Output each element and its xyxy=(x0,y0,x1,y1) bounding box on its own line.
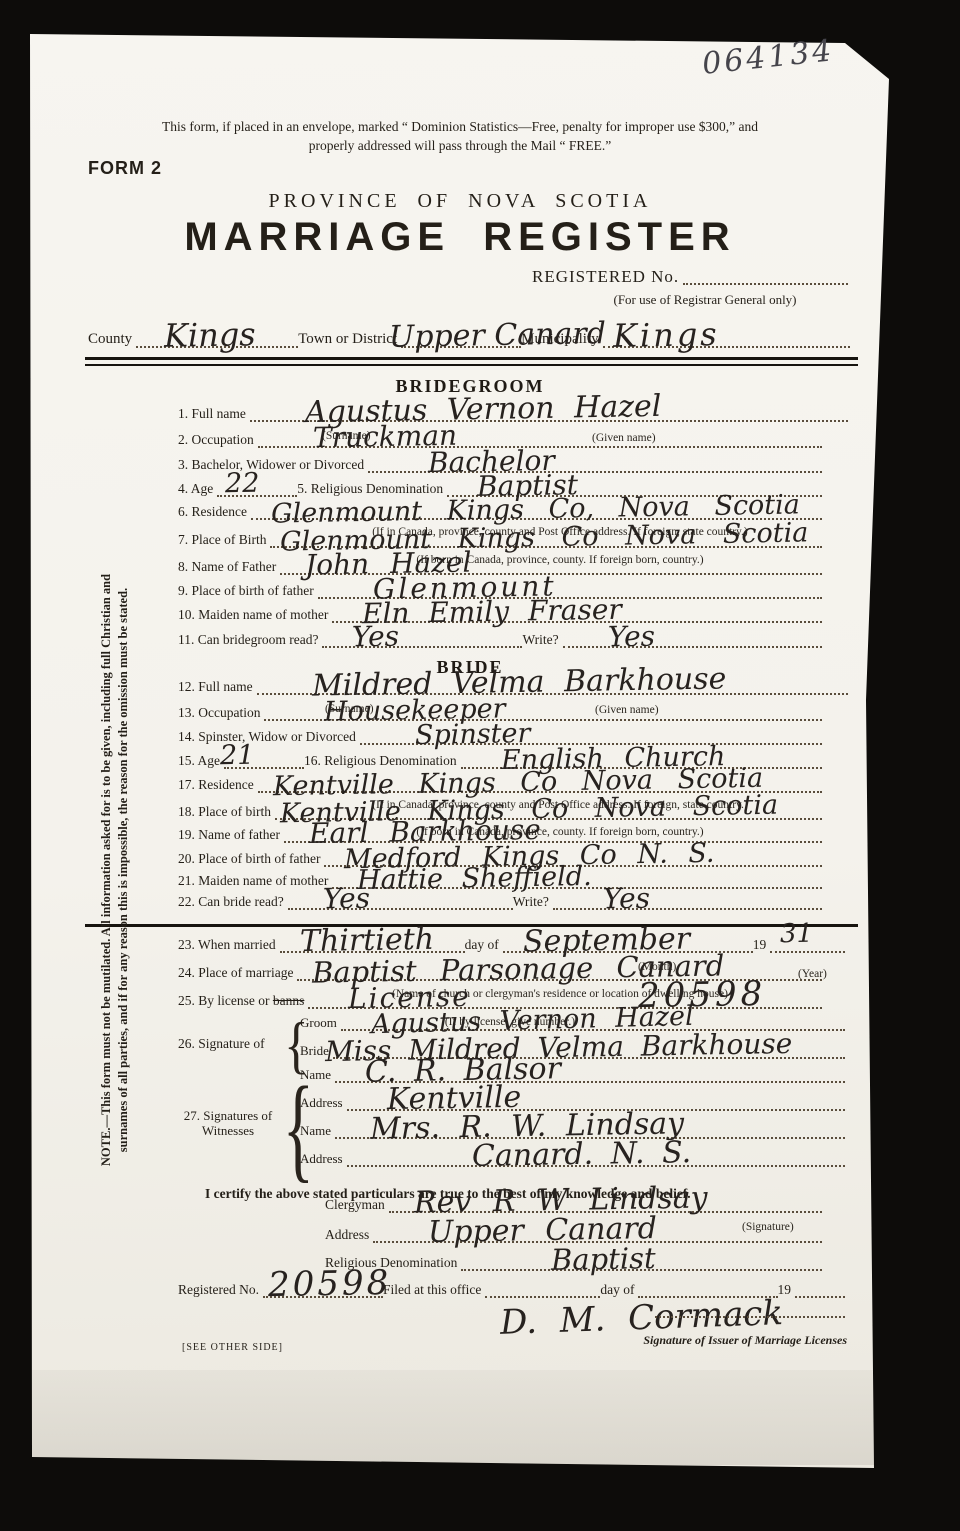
field-23-day-value: Thirtieth xyxy=(299,925,434,957)
field-26-label: 26. Signature of xyxy=(178,1036,265,1052)
field-4-value: 22 xyxy=(225,470,260,498)
witness-2-address-line: Canard. N. S. xyxy=(347,1150,845,1167)
municipality-value: Kings xyxy=(612,318,719,352)
religious-denomination-line: Baptist xyxy=(461,1254,822,1271)
registrar-general-note: (For use of Registrar General only) xyxy=(560,292,850,308)
field-10-label: 10. Maiden name of mother xyxy=(178,607,332,623)
margin-note-line2: surnames of all parties, and if for any … xyxy=(115,552,132,1188)
county-label: County xyxy=(88,332,136,348)
filed-line xyxy=(485,1281,600,1298)
form-number-label: FORM 2 xyxy=(88,158,162,179)
field-15-line: 21 xyxy=(224,752,304,769)
field-11-line: Yes xyxy=(322,631,522,648)
witness-2-address-label: Address xyxy=(300,1151,347,1167)
field-11-write-value: Yes xyxy=(607,623,654,652)
field-15-label: 15. Age xyxy=(178,753,224,769)
field-3-label: 3. Bachelor, Widower or Divorced xyxy=(178,457,368,473)
field-22-write-value: Yes xyxy=(603,885,650,914)
county-value: Kings xyxy=(164,318,256,352)
field-23-label: 23. When married xyxy=(178,937,280,953)
clergy-address-line: Upper Canard xyxy=(373,1226,822,1243)
field-2-label: 2. Occupation xyxy=(178,432,258,448)
field-7-line: Glenmount Kings Co Nova Scotia xyxy=(270,531,822,548)
field-7-label: 7. Place of Birth xyxy=(178,532,270,548)
field-21-value: Hattie Sheffield. xyxy=(357,863,592,894)
religious-denomination-value: Baptist xyxy=(551,1244,656,1275)
field-23-nineteen-label: 19 xyxy=(753,937,771,953)
field-15-value: 21 xyxy=(220,742,255,770)
field-23-dayof-label: day of xyxy=(465,937,503,953)
witness-1-name-line: C. R. Balsor xyxy=(335,1066,845,1083)
footer-year-line xyxy=(795,1281,845,1298)
double-rule xyxy=(85,357,858,366)
page-title: MARRIAGE REGISTER xyxy=(90,215,830,260)
clergyman-label: Clergyman xyxy=(325,1197,389,1213)
issuer-caption: Signature of Issuer of Marriage Licenses xyxy=(575,1333,847,1348)
field-22-value: Yes xyxy=(322,885,369,914)
mail-note-line1: This form, if placed in an envelope, mar… xyxy=(90,117,830,136)
field-14-label: 14. Spinster, Widow or Divorced xyxy=(178,729,360,745)
field-23-year-line: 31 xyxy=(770,936,845,953)
town-district-line: Upper Canard xyxy=(401,331,521,348)
mail-note-line2: properly addressed will pass through the… xyxy=(90,136,830,155)
field-22-line: Yes xyxy=(288,893,513,910)
field-20-label: 20. Place of birth of father xyxy=(178,851,324,867)
field-13-line: Housekeeper xyxy=(264,704,822,721)
clergy-address-label: Address xyxy=(325,1227,373,1243)
field-10-line: Eln Emily Fraser xyxy=(332,606,822,623)
field-22-label: 22. Can bride read? xyxy=(178,894,288,910)
field-24-label: 24. Place of marriage xyxy=(178,965,297,981)
town-district-value: Upper Canard xyxy=(389,319,606,353)
field-11-write-label: Write? xyxy=(522,632,562,648)
field-21-line: Hattie Sheffield. xyxy=(332,872,822,889)
field-3-line: Bachelor xyxy=(368,456,822,473)
field-6-line: Glenmount Kings Co, Nova Scotia xyxy=(251,503,822,520)
witness-1-name-label: Name xyxy=(300,1067,335,1083)
county-line: Kings xyxy=(136,331,298,348)
field-1-label: 1. Full name xyxy=(178,406,250,422)
groom-signature-label: Groom xyxy=(300,1015,341,1031)
field-12-label: 12. Full name xyxy=(178,679,257,695)
town-district-label: Town or District xyxy=(298,332,401,348)
field-6-label: 6. Residence xyxy=(178,504,251,520)
field-11-value: Yes xyxy=(352,623,399,652)
field-23-day-line: Thirtieth xyxy=(280,936,465,953)
field-22-write-label: Write? xyxy=(513,894,553,910)
field-22-write-line: Yes xyxy=(553,893,822,910)
province-heading: PROVINCE OF NOVA SCOTIA xyxy=(90,190,830,213)
clergyman-line: Rev R W Lindsay xyxy=(389,1196,822,1213)
field-1-line: Agustus Vernon Hazel xyxy=(250,405,848,422)
registered-footer-label: Registered No. xyxy=(178,1282,263,1298)
field-9-label: 9. Place of birth of father xyxy=(178,583,318,599)
registered-footer-value: 20598 xyxy=(268,1266,392,1302)
footer-dayof-label: day of xyxy=(600,1282,638,1298)
registered-no-label: REGISTERED No. xyxy=(532,269,683,285)
margin-note-line1: NOTE.—This form must not be mutilated. A… xyxy=(98,552,115,1188)
field-4-label: 4. Age xyxy=(178,481,217,497)
registered-no-line xyxy=(683,268,848,285)
issuer-signature-line xyxy=(655,1316,845,1318)
field-21-label: 21. Maiden name of mother xyxy=(178,873,332,889)
witness-2-name-label: Name xyxy=(300,1123,335,1139)
field-8-label: 8. Name of Father xyxy=(178,559,280,575)
field-27-label-line1: 27. Signatures of xyxy=(178,1108,278,1123)
witness-1-address-label: Address xyxy=(300,1095,347,1111)
field-12-line: Mildred Velma Barkhouse xyxy=(257,678,848,695)
field-4-line: 22 xyxy=(217,480,297,497)
filed-label: Filed at this office xyxy=(383,1282,485,1298)
field-10-value: Eln Emily Fraser xyxy=(362,596,622,629)
margin-note: NOTE.—This form must not be mutilated. A… xyxy=(98,552,132,1188)
witness-2-address-value: Canard. N. S. xyxy=(471,1138,691,1172)
field-16-label: 16. Religious Denomination xyxy=(304,753,461,769)
field-11-write-line: Yes xyxy=(563,631,822,648)
see-other-side-note: [SEE OTHER SIDE] xyxy=(182,1342,283,1353)
field-5-label: 5. Religious Denomination xyxy=(297,481,447,497)
field-17-label: 17. Residence xyxy=(178,777,258,793)
field-23-year-value: 31 xyxy=(780,921,814,948)
section-rule xyxy=(85,924,858,927)
municipality-line: Kings xyxy=(603,331,850,348)
scanned-marriage-register: 064134 This form, if placed in an envelo… xyxy=(0,0,960,1531)
registered-footer-line: 20598 xyxy=(263,1281,383,1298)
field-11-label: 11. Can bridegroom read? xyxy=(178,632,322,648)
field-13-label: 13. Occupation xyxy=(178,705,264,721)
field-25-banns-struck: banns xyxy=(273,993,305,1008)
field-18-label: 18. Place of birth xyxy=(178,804,275,820)
field-27-label-line2: Witnesses xyxy=(178,1123,278,1138)
field-19-label: 19. Name of father xyxy=(178,827,284,843)
field-25-label-prefix: 25. By license or xyxy=(178,993,269,1008)
